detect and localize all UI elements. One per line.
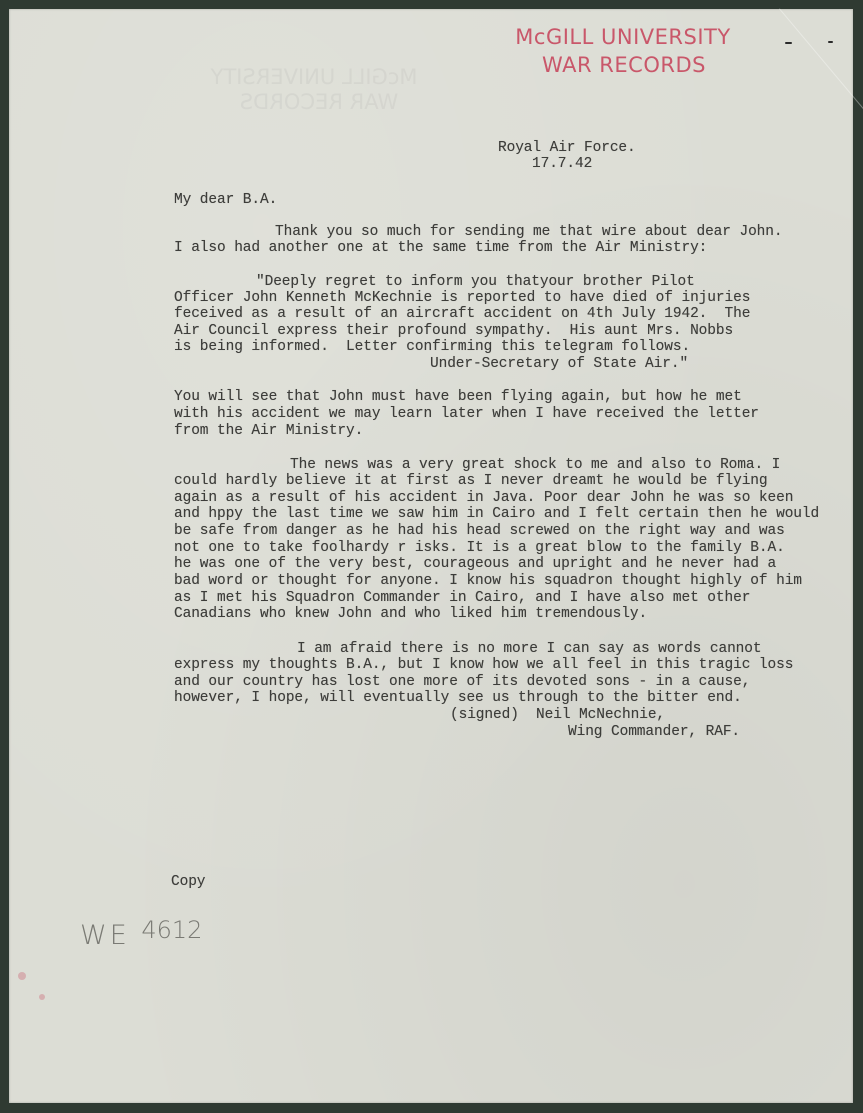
letter-line: from the Air Ministry. [174, 423, 363, 440]
letter-line: The news was a very great shock to me an… [290, 457, 780, 474]
ink-mark-left [785, 42, 792, 44]
letter-line: (signed) Neil McNechnie, [450, 707, 665, 724]
stamp-bleed-through-line2: WAR RECORDS [209, 89, 429, 115]
letter-line: and our country has lost one more of its… [174, 674, 750, 691]
catalog-number: 4612 [141, 916, 202, 944]
letter-line: he was one of the very best, courageous … [174, 556, 776, 573]
letter-line: as I met his Squadron Commander in Cairo… [174, 590, 750, 607]
letter-line: Thank you so much for sending me that wi… [275, 224, 782, 241]
letter-line: Wing Commander, RAF. [568, 724, 740, 741]
letter-line: Officer John Kenneth McKechnie is report… [174, 290, 750, 307]
letter-line: be safe from danger as he had his head s… [174, 523, 785, 540]
paper-crease [779, 8, 863, 124]
letter-line: feceived as a result of an aircraft acci… [174, 306, 750, 323]
letter-line: could hardly believe it at first as I ne… [174, 473, 768, 490]
letter-line: I am afraid there is no more I can say a… [297, 641, 761, 658]
handwritten-catalog-number: WE 4612 [80, 920, 202, 951]
red-stain-2 [39, 994, 45, 1000]
stamp-bleed-through-line1: McGILL UNIVERSITY [179, 64, 449, 90]
letter-line: I also had another one at the same time … [174, 240, 707, 257]
stamp-collection: WAR RECORDS [500, 51, 748, 79]
stamp-institution: McGILL UNIVERSITY [483, 23, 763, 51]
catalog-prefix: WE [80, 920, 130, 951]
letter-line: with his accident we may learn later whe… [174, 406, 759, 423]
salutation: My dear B.A. [174, 192, 277, 209]
letter-line: Air Council express their profound sympa… [174, 323, 733, 340]
letter-line: Canadians who knew John and who liked hi… [174, 606, 647, 623]
letter-line: again as a result of his accident in Jav… [174, 490, 793, 507]
letter-line: "Deeply regret to inform you thatyour br… [256, 274, 695, 291]
red-stain-1 [18, 972, 26, 980]
letter-line: not one to take foolhardy r isks. It is … [174, 540, 785, 557]
letter-line: You will see that John must have been fl… [174, 389, 742, 406]
letter-line: express my thoughts B.A., but I know how… [174, 657, 793, 674]
letter-line: Under-Secretary of State Air." [430, 356, 688, 373]
letter-line: bad word or thought for anyone. I know h… [174, 573, 802, 590]
date-line: 17.7.42 [532, 156, 592, 173]
ink-mark-right [828, 41, 833, 43]
sender-line: Royal Air Force. [498, 140, 636, 157]
letter-line: and hppy the last time we saw him in Cai… [174, 506, 819, 523]
letter-line: is being informed. Letter confirming thi… [174, 339, 690, 356]
letter-line: however, I hope, will eventually see us … [174, 690, 742, 707]
copy-label: Copy [171, 874, 205, 891]
